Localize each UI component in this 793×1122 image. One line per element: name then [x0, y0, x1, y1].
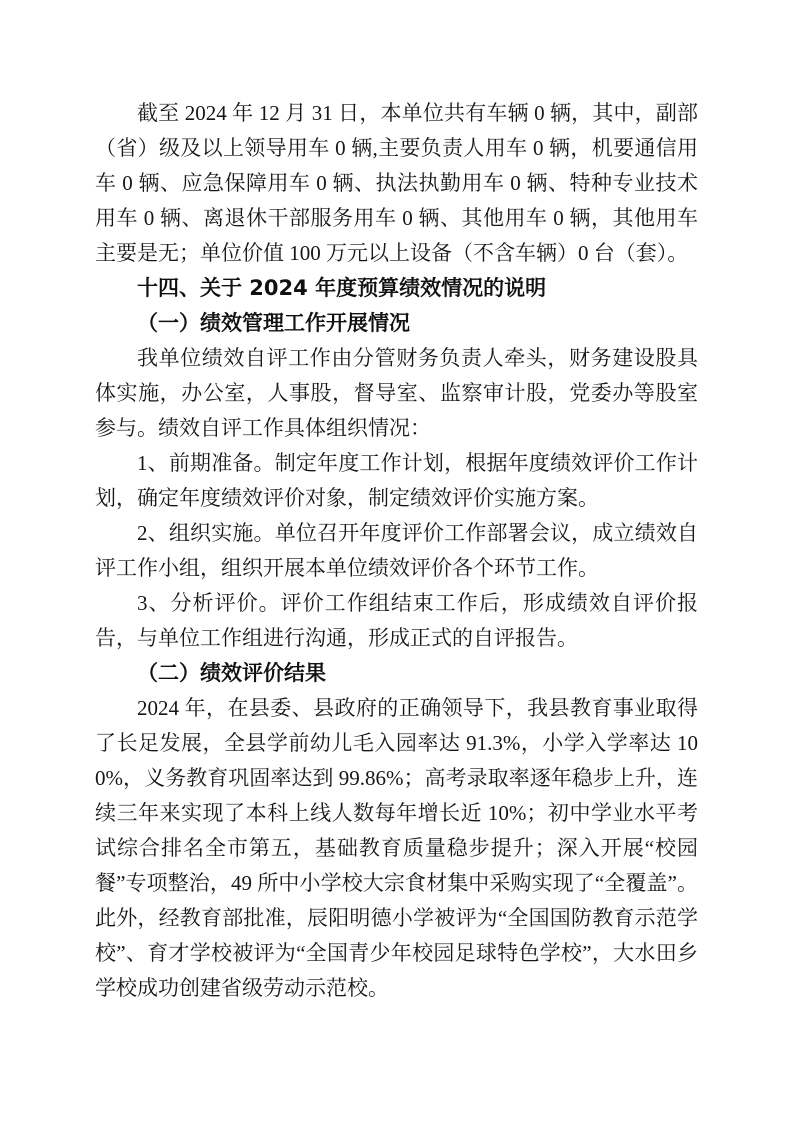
document-page: 截至 2024 年 12 月 31 日，本单位共有车辆 0 辆，其中，副部（省）… — [0, 0, 793, 1122]
document-body: 截至 2024 年 12 月 31 日，本单位共有车辆 0 辆，其中，副部（省）… — [95, 96, 698, 1006]
subsection-heading-1-performance-management: （一）绩效管理工作开展情况 — [95, 306, 698, 341]
paragraph-step-3-analysis-evaluation: 3、分析评价。评价工作组结束工作后，形成绩效自评价报告，与单位工作组进行沟通，形… — [95, 586, 698, 656]
paragraph-self-evaluation-organization: 我单位绩效自评工作由分管财务负责人牵头，财务建设股具体实施，办公室，人事股，督导… — [95, 341, 698, 446]
subsection-heading-2-evaluation-results: （二）绩效评价结果 — [95, 656, 698, 691]
paragraph-step-1-preparation: 1、前期准备。制定年度工作计划，根据年度绩效评价工作计划，确定年度绩效评价对象，… — [95, 446, 698, 516]
paragraph-vehicle-summary: 截至 2024 年 12 月 31 日，本单位共有车辆 0 辆，其中，副部（省）… — [95, 96, 698, 271]
paragraph-2024-education-achievements: 2024 年，在县委、县政府的正确领导下，我县教育事业取得了长足发展，全县学前幼… — [95, 691, 698, 1006]
section-heading-14-budget-performance: 十四、关于 2024 年度预算绩效情况的说明 — [95, 271, 698, 306]
paragraph-step-2-implementation: 2、组织实施。单位召开年度评价工作部署会议，成立绩效自评工作小组，组织开展本单位… — [95, 516, 698, 586]
